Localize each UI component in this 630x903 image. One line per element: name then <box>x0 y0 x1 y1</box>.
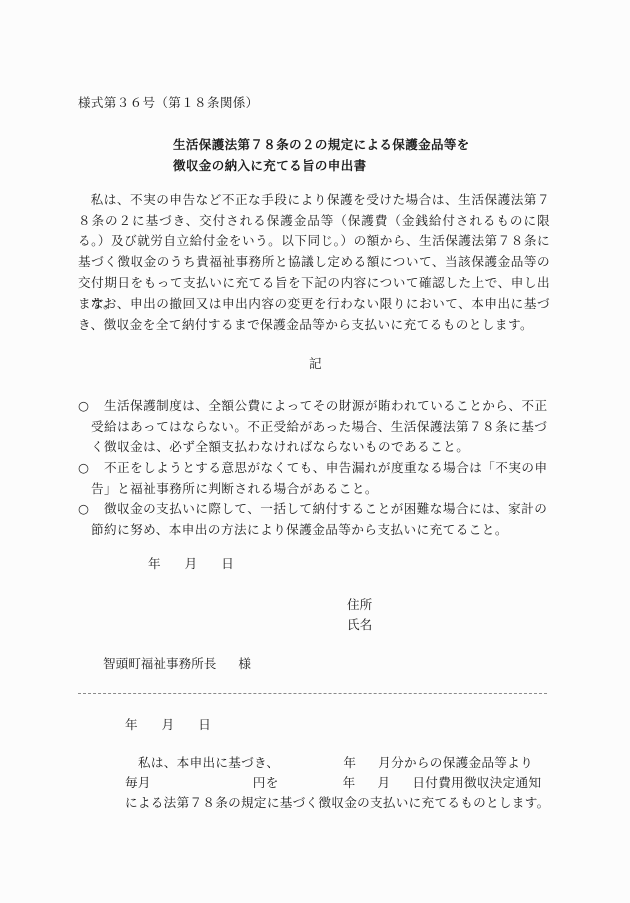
note-item-2: ○不正をしようとする意思がなくても、申告漏れが度重なる場合は「不実の申告」と福祉… <box>78 458 550 499</box>
circle-bullet-icon: ○ <box>78 396 104 417</box>
decision-year-label: 年 <box>343 755 356 770</box>
note-item-3: ○徴収金の支払いに際して、一括して納付することが困難な場合には、家計の節約に努め… <box>78 499 550 540</box>
date-month-label: 月 <box>185 556 198 571</box>
decision-line-2-suffix: 日付費用徴収決定通知 <box>412 775 541 790</box>
date-day-label: 日 <box>198 717 211 732</box>
document-title-line-1: 生活保護法第７８条の２の規定による保護金品等を <box>173 139 470 152</box>
address-label: 住所 <box>347 599 372 612</box>
honorific: 様 <box>238 656 251 671</box>
decision-year-label: 年 <box>343 775 356 790</box>
office-name: 智頭町福祉事務所長 <box>103 656 216 671</box>
cut-line-divider <box>78 693 547 694</box>
body-paragraph-2: なお、申出の撤回又は申出内容の変更を行わない限りにおいて、本申出に基づき、徴収金… <box>78 294 550 335</box>
yen-label: 円を <box>253 775 279 790</box>
date-day-label: 日 <box>221 556 234 571</box>
decision-date: 年月日 <box>125 719 211 732</box>
addressee: 智頭町福祉事務所長様 <box>103 658 251 671</box>
note-text: 生活保護制度は、全額公費によってその財源が賄われていることから、不正受給はあって… <box>91 398 548 454</box>
form-number: 様式第３６号（第１８条関係） <box>78 97 259 110</box>
date-year-label: 年 <box>148 556 161 571</box>
note-text: 不正をしようとする意思がなくても、申告漏れが度重なる場合は「不実の申告」と福祉事… <box>91 460 548 496</box>
decision-line-2: 毎月円を年月日付費用徴収決定通知 <box>125 777 541 790</box>
decision-line-1: 私は、本申出に基づき、年月分からの保護金品等より <box>138 757 533 770</box>
document-title-line-2: 徴収金の納入に充てる旨の申出書 <box>173 160 367 173</box>
circle-bullet-icon: ○ <box>78 499 104 520</box>
decision-month-label: 月 <box>378 775 391 790</box>
note-text: 徴収金の支払いに際して、一括して納付することが困難な場合には、家計の節約に努め、… <box>91 501 547 537</box>
monthly-label: 毎月 <box>125 775 151 790</box>
date-month-label: 月 <box>162 717 175 732</box>
note-item-1: ○生活保護制度は、全額公費によってその財源が賄われていることから、不正受給はあっ… <box>78 396 550 458</box>
name-label: 氏名 <box>347 619 372 632</box>
circle-bullet-icon: ○ <box>78 458 104 479</box>
decision-line-3: による法第７８条の規定に基づく徴収金の支払いに充てるものとします。 <box>125 797 550 810</box>
decision-line-1-suffix: 月分からの保護金品等より <box>378 755 533 770</box>
application-date: 年月日 <box>148 558 234 571</box>
date-year-label: 年 <box>125 717 138 732</box>
decision-line-1-prefix: 私は、本申出に基づき、 <box>138 755 279 770</box>
ki-heading: 記 <box>309 358 322 371</box>
